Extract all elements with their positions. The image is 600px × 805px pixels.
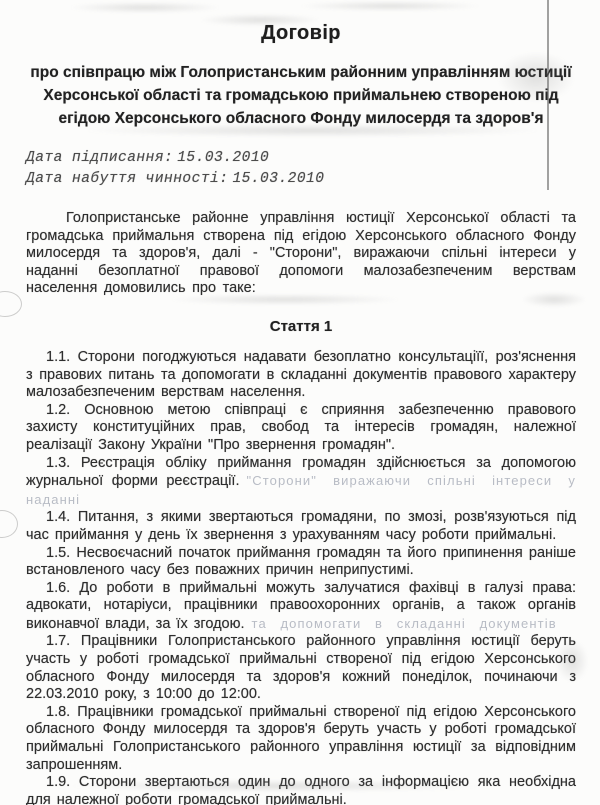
scan-smudge: [70, 780, 480, 792]
scan-smudge: [70, 2, 220, 13]
clause-1-8: 1.8. Працівники громадської приймальні с…: [26, 704, 576, 774]
dates-block: Дата підписання:15.03.2010 Дата набуття …: [26, 148, 576, 190]
date-signed-line: Дата підписання:15.03.2010: [26, 148, 576, 169]
document-title: Договір: [26, 22, 576, 45]
clause-text: 1.8. Працівники громадської приймальні с…: [26, 704, 576, 773]
clause-text: 1.2. Основною метою співпраці є сприяння…: [26, 402, 576, 453]
scan-smudge: [200, 14, 320, 26]
document-subtitle: про співпрацю між Голопристанським район…: [26, 61, 576, 130]
clause-1-1: 1.1. Сторони погоджуються надавати безоп…: [26, 349, 576, 402]
clause-1-4: 1.4. Питання, з якими звертаються громад…: [26, 509, 576, 544]
clause-1-2: 1.2. Основною метою співпраці є сприяння…: [26, 402, 576, 455]
clause-text: 1.5. Несвоєчасний початок приймання гром…: [26, 545, 576, 579]
preamble-paragraph: Голопристанське районне управління юстиц…: [26, 210, 576, 298]
date-effective-line: Дата набуття чинності:15.03.2010: [26, 169, 576, 190]
scan-smudge: [300, 1, 480, 11]
scan-smudge: [85, 124, 540, 137]
bleed-through-ghost-text: та допомогати в складанні документів: [252, 616, 557, 631]
scan-arc-artifact: [0, 291, 22, 317]
clauses-list: 1.1. Сторони погоджуються надавати безоп…: [26, 349, 576, 805]
section-heading: Стаття 1: [26, 318, 576, 336]
clause-1-5: 1.5. Несвоєчасний початок приймання гром…: [26, 545, 576, 580]
scan-smudge: [556, 640, 588, 682]
scan-smudge: [170, 294, 400, 305]
clause-1-6: 1.6. До роботи в приймальні можуть залуч…: [26, 580, 576, 634]
scan-smudge: [498, 52, 574, 102]
scanned-document-page: Договір про співпрацю між Голопристанськ…: [0, 0, 600, 805]
date-signed-label: Дата підписання:: [26, 150, 173, 166]
date-effective-label: Дата набуття чинності:: [26, 171, 228, 187]
clause-text: 1.4. Питання, з якими звертаються громад…: [26, 509, 576, 543]
clause-1-7: 1.7. Працівники Голопристанського районн…: [26, 633, 576, 703]
date-effective-value: 15.03.2010: [232, 171, 324, 187]
date-signed-value: 15.03.2010: [177, 150, 269, 166]
clause-text: 1.7. Працівники Голопристанського районн…: [26, 633, 576, 702]
scan-arc-artifact: [0, 510, 18, 538]
scan-smudge: [522, 292, 586, 307]
clause-1-3: 1.3. Реєстрація обліку приймання громадя…: [26, 455, 576, 510]
clause-text: 1.1. Сторони погоджуються надавати безоп…: [26, 349, 576, 400]
